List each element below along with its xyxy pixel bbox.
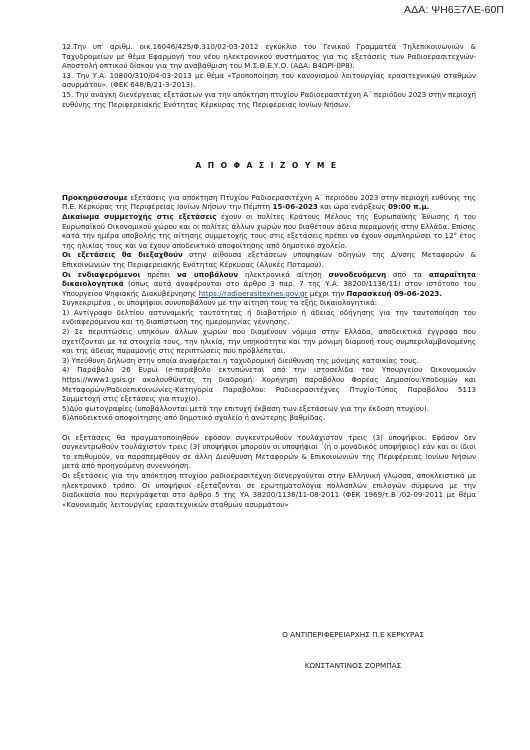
announce-text-2: και ώρα ενάρξεως [318,202,388,211]
document-body: 12.Την υπ' αριθμ. οικ.16046/425/Φ.310/02… [62,42,476,509]
ada-code: ΑΔΑ: ΨΗ6Ξ7ΛΕ-60Π [404,4,504,16]
application-text-2: ηλεκτρονικά αίτηση [238,270,328,279]
application-paragraph: Οι ενδιαφερόμενοι πρέπει να υποβάλουν ηλ… [62,270,476,299]
consideration-13: 13. Την Υ.Α. 10800/310/04-03-2013 με θέμ… [62,71,476,90]
document-item-1: 1) Αντίγραφο δελτίου αστυνομικής ταυτότη… [62,308,476,327]
application-text-1: πρέπει [140,270,177,279]
accompanied-bold: συνοδευόμενη [329,270,387,279]
application-text-5: μέχρι την [308,289,347,298]
signatory-title: Ο ΑΝΤΙΠΕΡΙΦΕΡΕΙΑΡΧΗΣ Π.Ε ΚΕΡΚΥΡΑΣ [0,630,530,639]
exam-date: 15-06-2023 [272,202,317,211]
exam-time: 09:00 π.μ. [388,202,429,211]
submit-bold: να υποβάλουν [177,270,238,279]
venue-paragraph: Οι εξετάσεις θα διεξαχθούν στην αίθουσα … [62,250,476,269]
eligibility-paragraph: Δικαίωμα συμμετοχής στις εξετάσεις έχουν… [62,212,476,250]
consideration-12: 12.Την υπ' αριθμ. οικ.16046/425/Φ.310/02… [62,42,476,71]
eligibility-bold: Δικαίωμα συμμετοχής στις εξετάσεις [62,212,216,221]
document-item-6: 6)Αποδεικτικό αποφοίτησης από δημοτικό σ… [62,413,476,423]
document-item-3: 3) Υπεύθυνη δήλωση στην οποία αναφέρεται… [62,356,476,366]
minimum-candidates-paragraph: Οι εξετάσεις θα πραγματοποιηθούν εφόσον … [62,433,476,471]
announce-bold: Προκηρύσσουμε [62,193,128,202]
venue-bold: Οι εξετάσεις θα διεξαχθούν [62,250,183,259]
deadline: Παρασκευή 09-06-2023. [346,289,442,298]
spacer [62,423,476,433]
signatory-name: ΚΩΝΣΤΑΝΤΙΝΟΣ ΖΟΡΜΠΑΣ [0,661,530,670]
radioerasitexnes-link[interactable]: https://radioerasitexnes.gov.gr [199,289,308,298]
application-text-3: από τα [386,270,429,279]
decision-announcement: Προκηρύσσουμε εξετάσεις για απόκτηση Πτυ… [62,193,476,212]
exam-method-paragraph: Οι εξετάσεις για την απόκτηση πτυχίου ρα… [62,471,476,509]
consideration-15: 15. Την ανάγκη διενέργειας εξετάσεων για… [62,90,476,109]
document-item-2: 2) Σε περιπτώσεις υπηκόων άλλων χωρών πο… [62,327,476,356]
decision-heading: ΑΠΟΦΑΣΙΖΟΥΜΕ [62,161,476,171]
documents-intro: Συγκεκριμένα , οι υποψήφιοι συνυποβάλουν… [62,298,476,308]
document-item-5: 5)Δύο φωτογραφίες (υποβάλλονται μετά την… [62,404,476,414]
applicants-bold: Οι ενδιαφερόμενοι [62,270,140,279]
document-item-4: 4) Παράβολο 26 Ευρώ (e-παράβολο εκτυπώνε… [62,365,476,403]
